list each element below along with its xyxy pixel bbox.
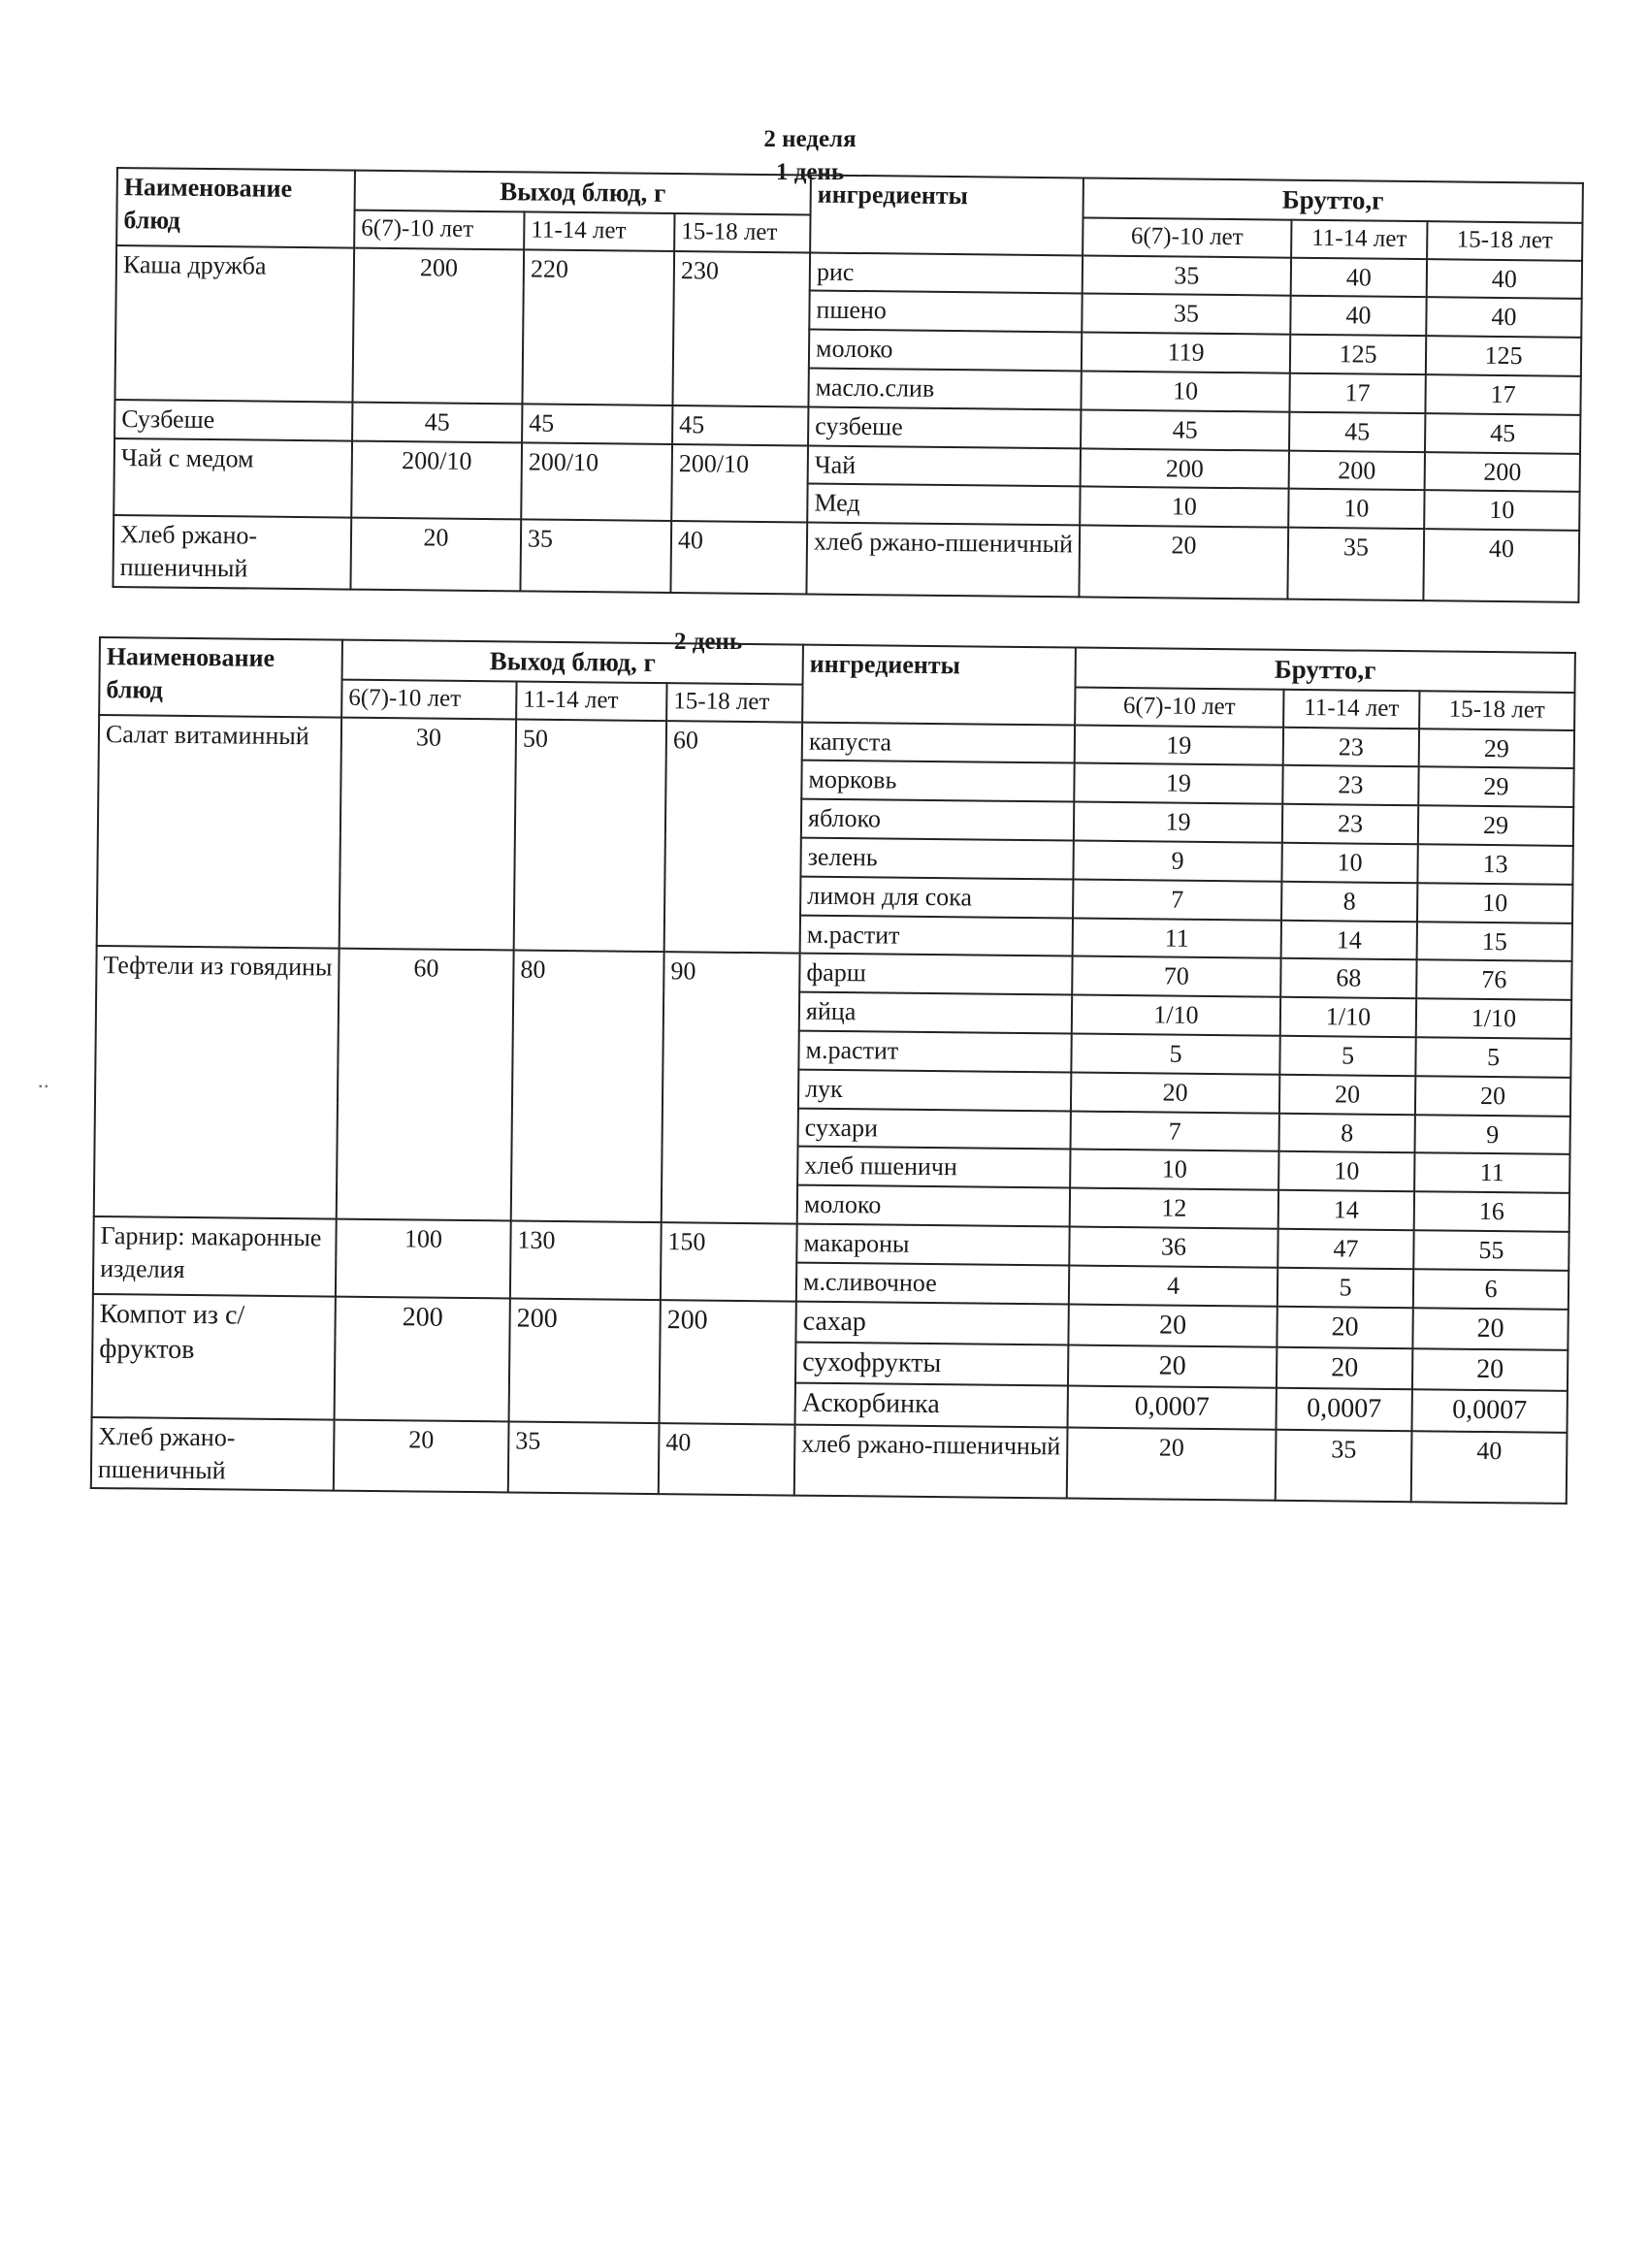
ingredient-gross: 20	[1068, 1345, 1277, 1388]
ingredient-name: сузбеше	[808, 406, 1081, 448]
ingredient-gross: 40	[1427, 259, 1582, 299]
dish-name: Каша дружба	[114, 245, 354, 403]
dish-yield: 200/10	[521, 442, 672, 521]
ingredient-gross: 68	[1280, 958, 1416, 998]
ingredient-gross: 10	[1278, 1151, 1414, 1191]
header-gross-age: 11-14 лет	[1291, 220, 1427, 259]
week-title: 2 неделя	[0, 126, 1634, 153]
ingredient-gross: 1/10	[1072, 995, 1280, 1036]
ingredient-gross: 20	[1415, 1076, 1570, 1116]
ingredient-gross: 20	[1277, 1306, 1412, 1348]
table-row: Хлеб ржано-пшеничный203540хлеб ржано-пше…	[91, 1417, 1568, 1505]
dish-yield: 200	[660, 1300, 796, 1425]
ingredient-name: хлеб ржано-пшеничный	[794, 1424, 1068, 1499]
dish-name: Тефтели из говядины	[94, 946, 339, 1218]
ingredient-gross: 1/10	[1280, 997, 1416, 1037]
ingredient-gross: 45	[1425, 413, 1580, 453]
header-yield-age: 6(7)-10 лет	[341, 680, 516, 719]
header-yield-age: 15-18 лет	[666, 683, 802, 722]
ingredient-gross: 17	[1289, 373, 1425, 413]
ingredient-gross: 14	[1281, 920, 1417, 959]
ingredient-gross: 23	[1282, 804, 1418, 844]
dish-yield: 130	[510, 1220, 662, 1299]
ingredient-gross: 5	[1071, 1033, 1279, 1074]
dish-yield: 30	[339, 717, 516, 951]
ingredient-gross: 11	[1073, 918, 1281, 958]
ingredient-gross: 10	[1417, 883, 1572, 923]
ingredient-gross: 45	[1289, 411, 1425, 451]
ingredient-gross: 35	[1276, 1429, 1412, 1502]
dish-yield: 60	[664, 721, 802, 954]
ingredient-gross: 12	[1070, 1188, 1278, 1229]
ingredient-gross: 20	[1412, 1348, 1568, 1391]
ingredient-gross: 119	[1082, 333, 1290, 373]
ingredient-gross: 200	[1289, 450, 1425, 490]
ingredient-gross: 23	[1283, 727, 1419, 766]
ingredient-gross: 125	[1290, 335, 1426, 374]
ingredient-gross: 6	[1413, 1269, 1568, 1309]
ingredient-gross: 9	[1414, 1115, 1569, 1154]
header-gross: Брутто,г	[1083, 178, 1583, 222]
ingredient-name: капуста	[802, 722, 1075, 763]
ingredient-name: сахар	[795, 1301, 1068, 1345]
dish-yield: 230	[672, 251, 810, 407]
dish-yield: 60	[337, 949, 514, 1220]
ingredient-gross: 11	[1414, 1153, 1569, 1193]
ingredient-gross: 29	[1419, 729, 1574, 768]
table-row: Хлеб ржано-пшеничный203540хлеб ржано-пше…	[113, 515, 1579, 601]
ingredient-name: сухари	[798, 1108, 1071, 1150]
dish-name: Гарнир: макаронные изделия	[93, 1216, 337, 1296]
dish-yield: 200/10	[351, 440, 522, 519]
ingredient-name: пшено	[809, 291, 1082, 333]
ingredient-gross: 20	[1277, 1347, 1412, 1390]
ingredient-name: хлеб ржано-пшеничный	[806, 523, 1080, 598]
ingredient-gross: 20	[1071, 1072, 1279, 1113]
ingredient-gross: 5	[1277, 1268, 1413, 1308]
ingredient-gross: 35	[1082, 294, 1290, 335]
header-dish-name: Наименование блюд	[99, 637, 342, 717]
ingredient-gross: 40	[1290, 296, 1426, 336]
ingredient-name: зелень	[800, 838, 1073, 880]
header-yield-age: 11-14 лет	[516, 682, 666, 721]
ingredient-gross: 10	[1081, 371, 1289, 411]
ingredient-gross: 29	[1418, 805, 1573, 845]
ingredient-name: рис	[810, 252, 1083, 294]
header-yield-age: 6(7)-10 лет	[354, 211, 524, 249]
ingredient-name: макароны	[796, 1224, 1069, 1266]
ingredient-gross: 17	[1425, 374, 1580, 414]
dish-yield: 35	[520, 520, 671, 593]
ingredient-gross: 70	[1072, 956, 1280, 997]
ingredient-gross: 5	[1279, 1036, 1415, 1076]
ingredient-gross: 35	[1083, 255, 1291, 296]
ingredient-gross: 1/10	[1416, 998, 1571, 1038]
header-gross-age: 6(7)-10 лет	[1083, 218, 1291, 258]
header-gross: Брутто,г	[1076, 648, 1575, 693]
ingredient-name: молоко	[797, 1185, 1070, 1227]
dish-yield: 100	[336, 1219, 511, 1298]
ingredient-gross: 36	[1069, 1226, 1277, 1267]
ingredient-gross: 10	[1288, 489, 1424, 529]
ingredient-gross: 20	[1068, 1304, 1277, 1347]
ingredient-name: лимон для сока	[800, 876, 1073, 918]
dish-yield: 150	[661, 1222, 797, 1301]
dish-yield: 50	[514, 719, 666, 952]
ingredient-gross: 19	[1075, 725, 1283, 765]
dish-yield: 45	[672, 405, 808, 445]
ingredient-gross: 7	[1071, 1111, 1279, 1151]
menu-table-day-1: Наименование блюдВыход блюд, гингредиент…	[112, 167, 1583, 603]
ingredient-name: масло.слив	[808, 368, 1081, 409]
ingredient-gross: 8	[1281, 882, 1417, 922]
ingredient-gross: 29	[1418, 767, 1573, 807]
ingredient-gross: 10	[1281, 843, 1417, 883]
dish-name: Хлеб ржано-пшеничный	[91, 1417, 335, 1491]
ingredient-gross: 35	[1287, 528, 1424, 600]
ingredient-name: молоко	[809, 330, 1082, 372]
ingredient-gross: 20	[1412, 1308, 1568, 1350]
ingredient-gross: 76	[1416, 960, 1571, 1000]
ingredient-name: яблоко	[801, 799, 1074, 841]
ingredient-name: хлеб пшеничн	[797, 1147, 1070, 1188]
ingredient-gross: 20	[1067, 1427, 1277, 1501]
header-gross-age: 11-14 лет	[1283, 690, 1419, 729]
dish-yield: 20	[334, 1419, 509, 1492]
ingredient-gross: 14	[1278, 1190, 1414, 1230]
header-yield-age: 15-18 лет	[674, 213, 810, 252]
header-gross-age: 6(7)-10 лет	[1075, 688, 1283, 728]
header-ingredients: ингредиенты	[810, 175, 1083, 255]
header-gross-age: 15-18 лет	[1427, 221, 1582, 260]
ingredient-name: м.сливочное	[796, 1262, 1069, 1304]
ingredient-name: сухофрукты	[795, 1343, 1068, 1386]
ingredient-name: м.растит	[800, 915, 1073, 956]
ingredient-gross: 10	[1424, 491, 1579, 531]
ingredient-gross: 40	[1411, 1431, 1568, 1504]
dish-yield: 200	[509, 1298, 661, 1423]
dish-yield: 220	[522, 249, 674, 405]
ingredient-name: Чай	[808, 445, 1081, 487]
ingredient-gross: 4	[1069, 1265, 1277, 1306]
ingredient-gross: 10	[1070, 1150, 1278, 1190]
dish-yield: 90	[662, 952, 800, 1223]
dish-yield: 40	[670, 521, 807, 594]
ingredient-gross: 19	[1074, 802, 1282, 843]
ingredient-gross: 16	[1414, 1191, 1569, 1231]
ingredient-gross: 20	[1079, 526, 1288, 599]
dish-yield: 40	[659, 1423, 795, 1496]
ingredient-gross: 8	[1279, 1113, 1415, 1152]
ingredient-gross: 15	[1417, 922, 1572, 961]
ingredient-name: Аскорбинка	[795, 1383, 1068, 1427]
ingredient-gross: 0,0007	[1411, 1390, 1567, 1433]
ingredient-gross: 200	[1425, 452, 1580, 492]
header-yield-age: 11-14 лет	[524, 212, 674, 251]
dish-name: Компот из с/фруктов	[92, 1294, 336, 1420]
header-yield: Выход блюд, г	[355, 171, 811, 215]
ingredient-name: м.растит	[798, 1031, 1071, 1073]
ingredient-name: Мед	[807, 484, 1080, 526]
ingredient-gross: 0,0007	[1277, 1388, 1412, 1431]
dish-yield: 35	[508, 1421, 660, 1494]
ingredient-gross: 200	[1081, 448, 1289, 489]
ingredient-name: яйца	[799, 992, 1072, 1034]
ingredient-gross: 0,0007	[1068, 1386, 1277, 1430]
dish-name: Сузбеше	[114, 400, 352, 440]
ingredient-gross: 40	[1426, 298, 1581, 338]
ingredient-name: лук	[798, 1069, 1071, 1111]
dish-yield: 200	[335, 1296, 510, 1421]
ingredient-gross: 19	[1074, 763, 1282, 804]
ingredient-name: морковь	[801, 761, 1074, 802]
header-dish-name: Наименование блюд	[116, 168, 355, 247]
ingredient-gross: 55	[1413, 1230, 1568, 1270]
ingredient-name: фарш	[799, 954, 1072, 995]
ingredient-gross: 13	[1417, 844, 1572, 884]
ingredient-gross: 10	[1080, 487, 1288, 528]
dish-name: Хлеб ржано-пшеничный	[113, 515, 351, 589]
dish-yield: 45	[522, 404, 672, 443]
ingredient-gross: 9	[1073, 841, 1281, 882]
ingredient-gross: 20	[1279, 1075, 1415, 1115]
dish-name: Чай с медом	[113, 438, 352, 518]
dish-yield: 45	[352, 402, 522, 442]
dish-yield: 200/10	[671, 444, 808, 523]
ingredient-gross: 7	[1073, 879, 1281, 920]
dish-yield: 200	[352, 247, 524, 404]
dish-name: Салат витаминный	[97, 715, 341, 949]
header-gross-age: 15-18 лет	[1419, 691, 1574, 729]
header-yield: Выход блюд, г	[342, 640, 803, 685]
dish-yield: 20	[350, 518, 521, 591]
menu-table-day-2: Наименование блюдВыход блюд, гингредиент…	[90, 636, 1576, 1505]
ingredient-gross: 47	[1277, 1229, 1413, 1269]
ingredient-gross: 23	[1282, 765, 1418, 805]
ingredient-gross: 40	[1423, 529, 1579, 601]
ingredient-gross: 125	[1426, 336, 1581, 375]
dish-yield: 80	[511, 951, 664, 1222]
ingredient-gross: 5	[1415, 1037, 1570, 1077]
header-ingredients: ингредиенты	[802, 645, 1076, 726]
ingredient-gross: 45	[1081, 409, 1289, 450]
ingredient-gross: 40	[1291, 257, 1427, 297]
scan-specks: ▪ ▪	[39, 1082, 48, 1092]
